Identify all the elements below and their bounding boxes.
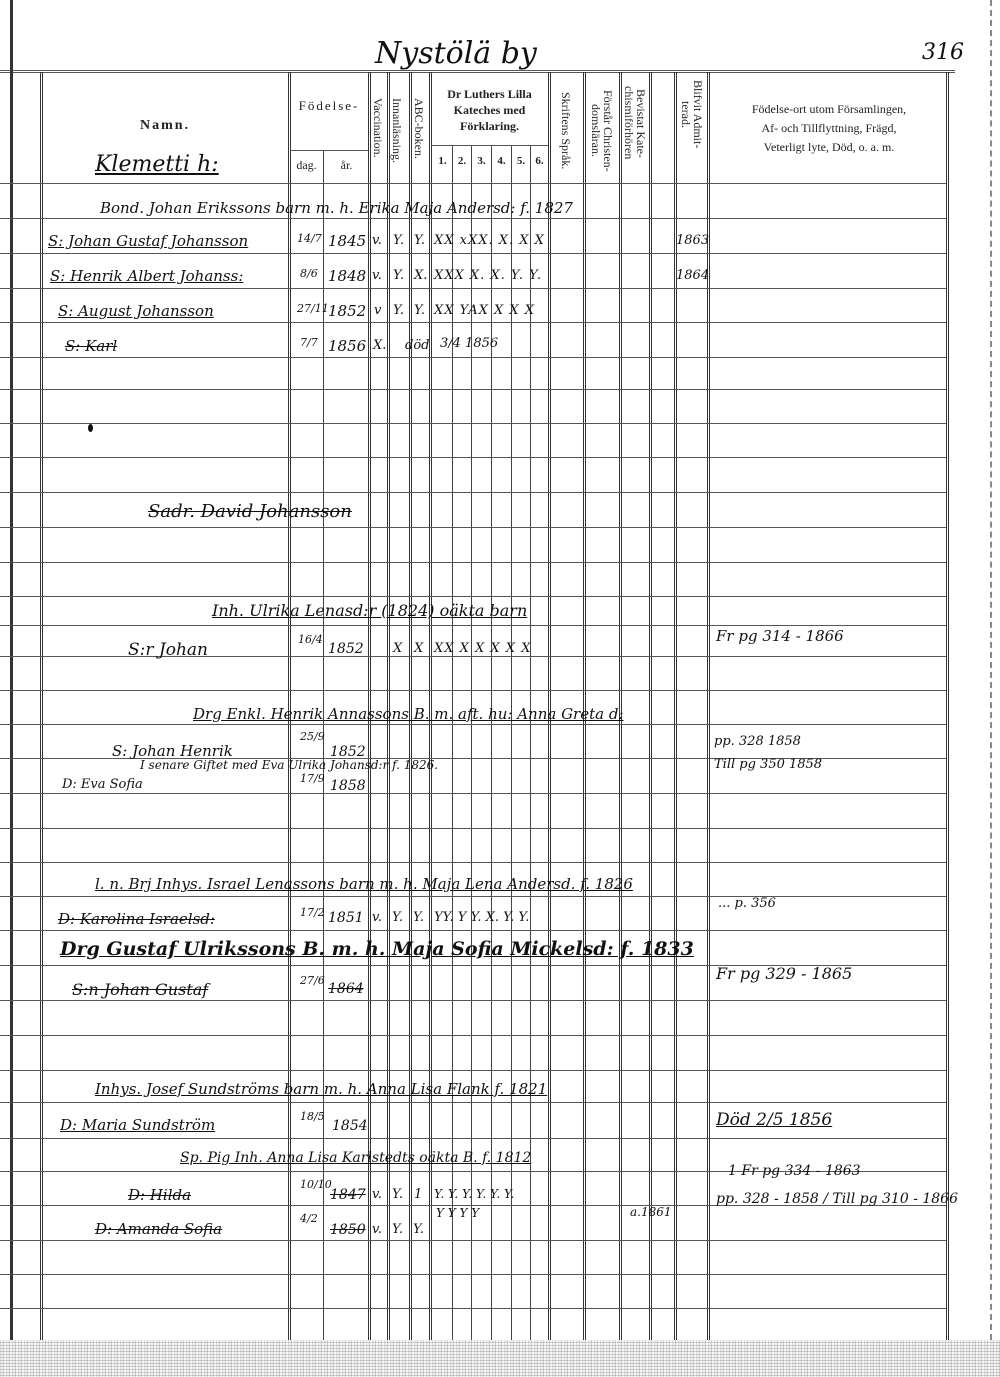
header-ar: år. xyxy=(325,158,368,173)
header-forstar-christendomslaran: Förstår Christen-domsläran. xyxy=(588,78,614,183)
remarks: 1 Fr pg 334 - 1863 xyxy=(728,1163,861,1179)
birth-year: 1847 xyxy=(330,1187,366,1203)
person-name: S: Johan Gustaf Johansson xyxy=(48,232,248,250)
birth-day: 25/9 xyxy=(300,730,325,743)
header-luther-col-1: 1. xyxy=(433,155,452,167)
abc-boken: Y. xyxy=(413,1222,424,1237)
person-name: S:r Johan xyxy=(128,640,208,660)
header-skriftens-sprak: Skriftens Språk. xyxy=(560,78,572,183)
vaccination: v. xyxy=(372,1187,382,1202)
header-luther-line1: Dr Luthers Lilla xyxy=(431,86,548,102)
luther-marks: Y Y Y Y xyxy=(436,1206,479,1220)
header-bevistat-katechismiforhoren: Bevistat Kate-chismiförhören xyxy=(623,78,647,168)
abc-boken: X xyxy=(414,641,423,656)
birth-day: 10/10 xyxy=(300,1178,332,1191)
village-title: Nystölä by xyxy=(375,36,537,71)
household-name: Klemetti h: xyxy=(95,152,219,177)
table-right-border xyxy=(946,72,949,1340)
abc-boken: X. xyxy=(414,268,427,283)
person-name: D: Amanda Sofia xyxy=(95,1220,222,1238)
innanlasning: Y. xyxy=(393,268,404,283)
luther-marks: YY. Y Y. X. Y. Y. xyxy=(434,910,529,925)
birth-year: 1845 xyxy=(328,232,366,250)
innanlasning: Y. xyxy=(393,233,404,248)
person-name: D: Maria Sundström xyxy=(60,1116,215,1134)
birth-year: 1856 xyxy=(328,337,366,355)
death-date: 3/4 1856 xyxy=(440,336,498,351)
birth-day: 7/7 xyxy=(300,336,318,349)
person-name: S:n Johan Gustaf xyxy=(72,980,208,999)
header-fodelse: Födelse- xyxy=(290,98,368,114)
luther-marks: Y. Y. Y. Y. Y. Y. xyxy=(434,1187,514,1201)
vaccination: v. xyxy=(372,233,382,248)
birth-year: 1858 xyxy=(330,778,366,794)
innanlasning: Y. xyxy=(392,910,403,925)
birth-day: 17/2 xyxy=(300,906,325,919)
header-luther-line2: Kateches med xyxy=(431,102,548,118)
table-left-border xyxy=(40,72,43,1340)
luther-subheader-line xyxy=(431,145,548,146)
birth-day: 8/6 xyxy=(300,267,318,280)
vaccination: v. xyxy=(372,1222,382,1237)
remarks: pp. 328 - 1858 / Till pg 310 - 1866 xyxy=(716,1184,958,1214)
abc-boken: 1 xyxy=(414,1187,422,1202)
innanlasning: Y. xyxy=(393,303,404,318)
birth-year: 1848 xyxy=(328,267,366,285)
abc-boken: Y. xyxy=(414,233,425,248)
abc-boken: Y. xyxy=(413,910,424,925)
remarks: Fr pg 329 - 1865 xyxy=(716,964,852,983)
page-number: 316 xyxy=(922,40,964,65)
birth-day: 4/2 xyxy=(300,1212,318,1225)
remarks: Fr pg 314 - 1866 xyxy=(716,627,844,645)
fodelse-subheader-line xyxy=(290,150,368,151)
header-luther-col-3: 3. xyxy=(472,155,491,167)
vaccination: v. xyxy=(372,268,382,283)
header-luther-col-5: 5. xyxy=(512,155,530,167)
family-heading: Drg Enkl. Henrik Annassons B. m. aft. hu… xyxy=(193,705,624,723)
vaccination: X. xyxy=(373,338,386,353)
header-remarks-line1: Födelse-ort utom Församlingen, xyxy=(712,100,946,119)
ink-dot xyxy=(88,424,93,432)
scan-noise-overlay xyxy=(0,1340,1000,1377)
header-innanlasning: Innanläsning. xyxy=(391,78,403,183)
birth-year: 1852 xyxy=(328,302,366,320)
birth-day: 14/7 xyxy=(297,232,322,245)
person-name: D: Eva Sofia xyxy=(62,777,143,792)
page-right-edge xyxy=(990,0,992,1340)
header-abc-boken: ABC-boken. xyxy=(413,78,425,178)
header-vaccination: Vaccination. xyxy=(372,78,384,178)
birth-day: 17/9 xyxy=(300,772,325,785)
remarks: Till pg 350 1858 xyxy=(714,757,822,772)
abc-boken: Y. xyxy=(414,303,425,318)
birth-year: 1850 xyxy=(330,1222,366,1238)
person-name: D: Karolina Israelsd: xyxy=(58,910,215,928)
birth-day: 27/11 xyxy=(297,302,329,315)
top-border xyxy=(0,70,955,73)
innanlasning: X xyxy=(393,641,402,656)
person-name: S: Henrik Albert Johanss: xyxy=(50,267,243,285)
admitterad: a.1861 xyxy=(630,1205,672,1219)
person-name: S: August Johansson xyxy=(58,302,214,320)
header-luther-line3: Förklaring. xyxy=(431,118,548,134)
header-remarks: Födelse-ort utom Församlingen, Af- och T… xyxy=(712,100,946,157)
family-heading: Inh. Ulrika Lenasd:r (1824) oäkta barn xyxy=(212,601,527,620)
vaccination: v. xyxy=(372,910,382,925)
birth-day: 16/4 xyxy=(298,633,323,646)
vaccination: v xyxy=(374,303,381,318)
family-heading: l. n. Brj Inhys. Israel Lenassons barn m… xyxy=(95,875,633,893)
death-note: död xyxy=(405,338,429,353)
header-luther-col-6: 6. xyxy=(531,155,548,167)
luther-marks: XX X X X X X xyxy=(434,641,531,656)
family-heading: Sadr. David Johansson xyxy=(148,501,352,522)
remarks: pp. 328 1858 xyxy=(714,734,801,749)
birth-year: 1854 xyxy=(332,1118,368,1134)
marriage-note: I senare Giftet med Eva Ulrika Johansd:r… xyxy=(140,758,438,772)
birth-year: 1851 xyxy=(328,910,364,926)
header-luther-col-2: 2. xyxy=(453,155,471,167)
family-heading: Bond. Johan Erikssons barn m. h. Erika M… xyxy=(100,199,573,217)
remarks: ... p. 356 xyxy=(718,896,776,911)
birth-day: 18/5 xyxy=(300,1110,325,1123)
birth-year: 1864 xyxy=(328,981,364,997)
person-name: S: Karl xyxy=(65,337,117,355)
family-heading: Sp. Pig Inh. Anna Lisa Karlstedts oäkta … xyxy=(180,1150,531,1166)
luther-marks: XXX X. X. Y. Y. xyxy=(434,268,542,283)
header-luther: Dr Luthers Lilla Kateches med Förklaring… xyxy=(431,86,548,134)
header-remarks-line2: Af- och Tillflyttning, Frägd, xyxy=(712,119,946,138)
birth-year: 1852 xyxy=(328,641,364,657)
outer-left-border xyxy=(10,0,13,1340)
header-remarks-line3: Veterligt lyte, Död, o. a. m. xyxy=(712,138,946,157)
luther-marks: XX xXX. X. X X xyxy=(434,233,545,248)
admitterad: 1863 xyxy=(676,233,709,248)
header-dag: dag. xyxy=(290,158,323,173)
luther-marks: XX YAX X X X xyxy=(434,303,535,318)
birth-day: 27/6 xyxy=(300,974,325,987)
person-name: D: Hilda xyxy=(128,1186,191,1204)
header-namn: Namn. xyxy=(42,118,288,134)
header-luther-col-4: 4. xyxy=(492,155,511,167)
innanlasning: Y. xyxy=(392,1187,403,1202)
family-heading: Inhys. Josef Sundströms barn m. h. Anna … xyxy=(95,1080,547,1098)
remarks: Död 2/5 1856 xyxy=(716,1110,832,1130)
header-blifvit-admitterad: Blifvit Admit-terad. xyxy=(678,78,704,150)
admitterad: 1864 xyxy=(676,268,709,283)
innanlasning: Y. xyxy=(392,1222,403,1237)
family-heading: Drg Gustaf Ulrikssons B. m. h. Maja Sofi… xyxy=(60,938,694,960)
